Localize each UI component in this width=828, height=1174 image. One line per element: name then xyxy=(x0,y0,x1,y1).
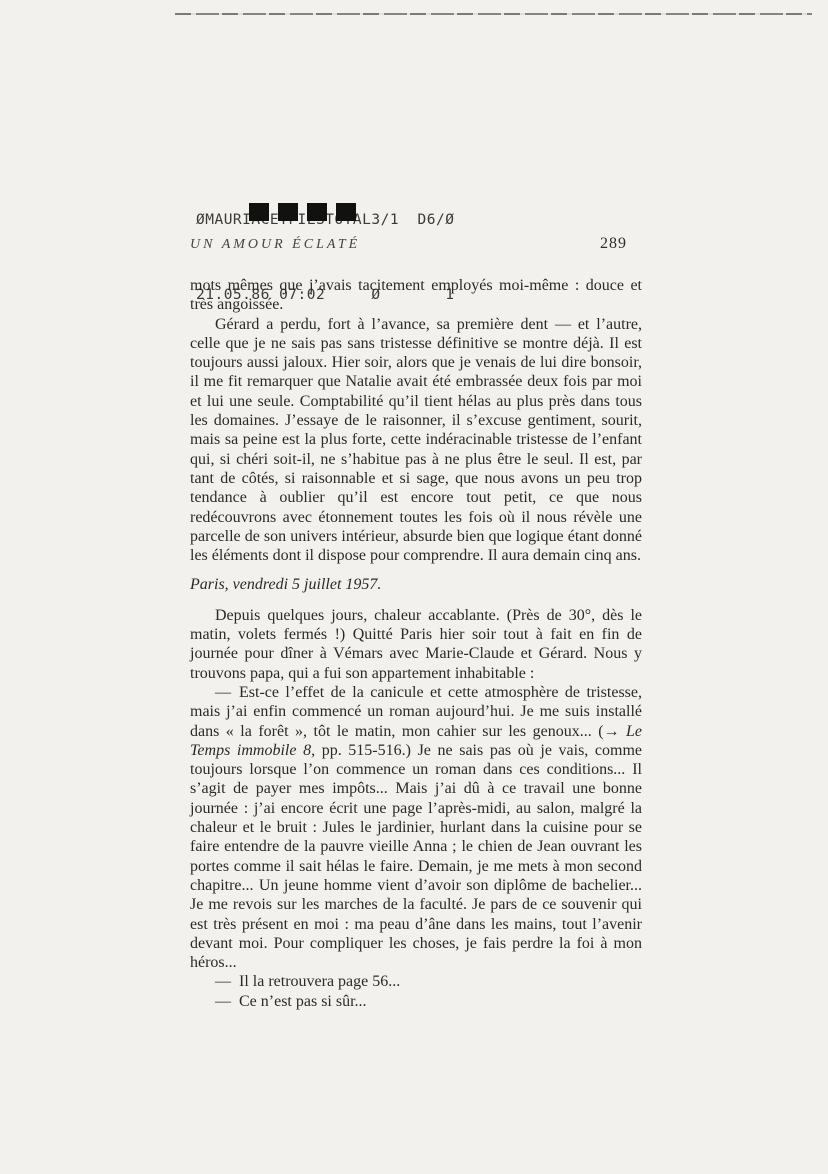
page-number: 289 xyxy=(600,235,627,253)
text-segment: Gérard a perdu, fort à l’avance, sa prem… xyxy=(190,316,642,565)
calibration-squares xyxy=(249,203,356,221)
text-segment: Depuis quelques jours, chaleur accablant… xyxy=(190,607,642,682)
scanned-page: ØMAURIACETFILSTOTAL3/1 D6/Ø 21.05.86 07:… xyxy=(0,0,828,1174)
italic-text-segment: Paris, vendredi 5 juillet 1957. xyxy=(190,576,381,593)
black-square-mark xyxy=(336,203,356,221)
paragraph: Depuis quelques jours, chaleur accablant… xyxy=(190,606,642,683)
black-square-mark xyxy=(278,203,298,221)
paragraph: — Ce n’est pas si sûr... xyxy=(190,992,642,1011)
paragraph: Gérard a perdu, fort à l’avance, sa prem… xyxy=(190,315,642,566)
paragraph: — Est-ce l’effet de la canicule et cette… xyxy=(190,683,642,972)
text-segment: — Ce n’est pas si sûr... xyxy=(215,993,367,1010)
text-segment: — Il la retrouvera page 56... xyxy=(215,973,400,990)
text-segment: — Est-ce l’effet de la canicule et cette… xyxy=(190,684,642,740)
paragraph: mots mêmes que j’avais tacitement employ… xyxy=(190,276,642,315)
text-segment: mots mêmes que j’avais tacitement employ… xyxy=(190,277,642,313)
text-segment: , pp. 515-516.) Je ne sais pas où je vai… xyxy=(190,742,642,971)
scan-edge-dashed-line xyxy=(175,13,812,15)
black-square-mark xyxy=(249,203,269,221)
date-heading: Paris, vendredi 5 juillet 1957. xyxy=(190,575,642,594)
running-head-title: UN AMOUR ÉCLATÉ xyxy=(190,237,360,253)
running-head: UN AMOUR ÉCLATÉ 289 xyxy=(190,235,642,253)
body-text: mots mêmes que j’avais tacitement employ… xyxy=(190,276,642,1011)
black-square-mark xyxy=(307,203,327,221)
paragraph: — Il la retrouvera page 56... xyxy=(190,972,642,991)
